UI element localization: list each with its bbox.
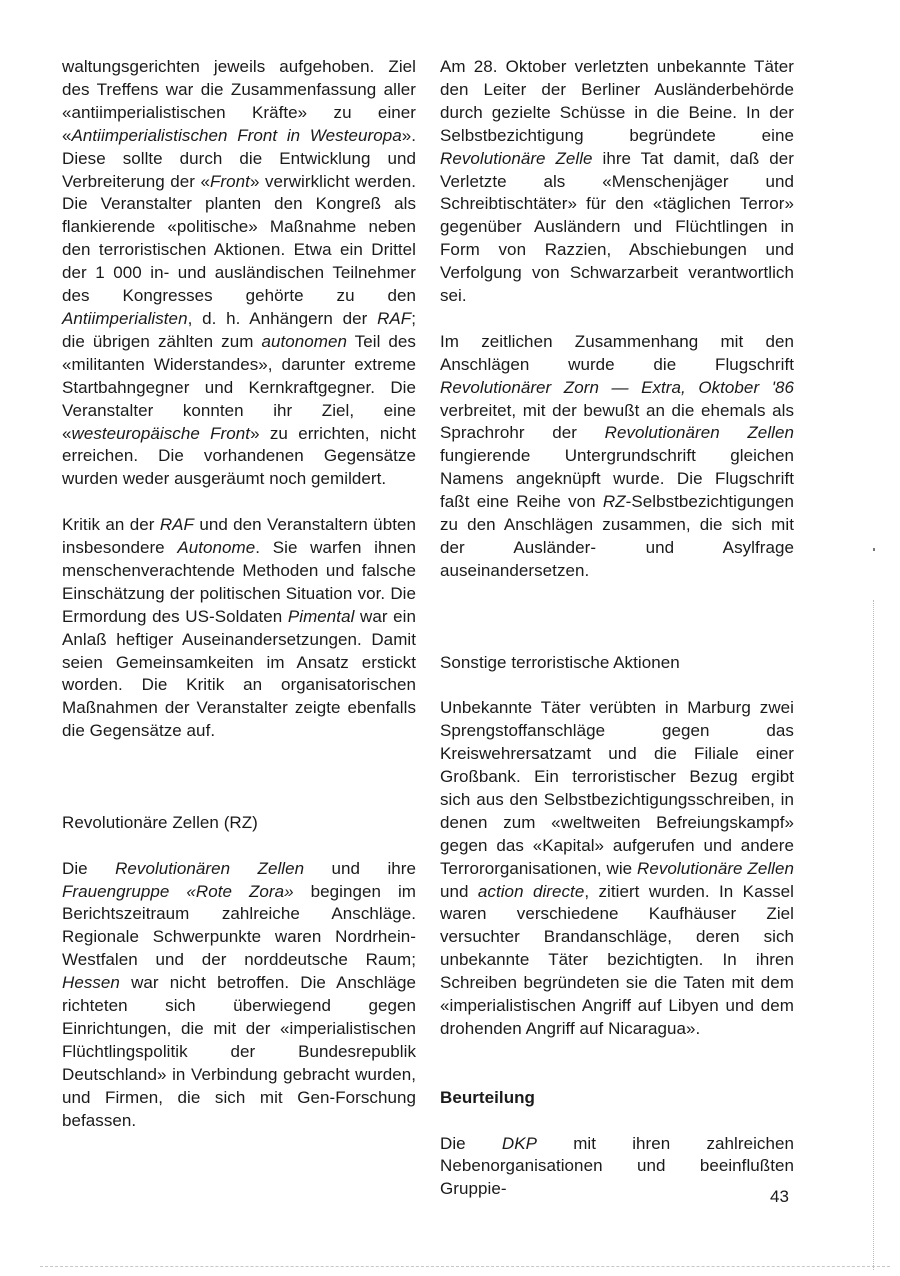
paragraph-rz: Die Revolutionären Zellen und ihre Fraue…	[62, 858, 416, 1133]
paragraph-other-actions: Unbekannte Täter verübten in Marburg zwe…	[440, 697, 794, 1041]
paragraph-october-attack: Am 28. Oktober verletzten unbekannte Tät…	[440, 56, 794, 308]
spacer	[440, 308, 794, 331]
spacer	[62, 491, 416, 514]
scan-edge-bottom	[40, 1266, 890, 1268]
paragraph-assessment: Die DKP mit ihren zahlreichen Nebenorgan…	[440, 1133, 794, 1202]
section-heading-other-actions: Sonstige terroristische Aktionen	[440, 652, 794, 675]
page-number: 43	[770, 1187, 789, 1207]
paragraph-leaflet: Im zeitlichen Zusammenhang mit den Ansch…	[440, 331, 794, 583]
paragraph-criticism: Kritik an der RAF und den Veranstaltern …	[62, 514, 416, 743]
spacer	[440, 1041, 794, 1087]
spacer	[440, 1110, 794, 1133]
section-heading-assessment: Beurteilung	[440, 1087, 794, 1110]
spacer	[440, 674, 794, 697]
scan-artifact	[873, 548, 875, 551]
spacer	[440, 583, 794, 652]
left-column: waltungsgerichten jeweils aufgehoben. Zi…	[62, 56, 416, 1133]
spacer	[62, 835, 416, 858]
spacer	[62, 743, 416, 812]
section-heading-rz: Revolutionäre Zellen (RZ)	[62, 812, 416, 835]
paragraph-congress: waltungsgerichten jeweils aufgehoben. Zi…	[62, 56, 416, 491]
right-column: Am 28. Oktober verletzten unbekannte Tät…	[440, 56, 794, 1201]
scan-edge-right	[873, 600, 875, 1270]
